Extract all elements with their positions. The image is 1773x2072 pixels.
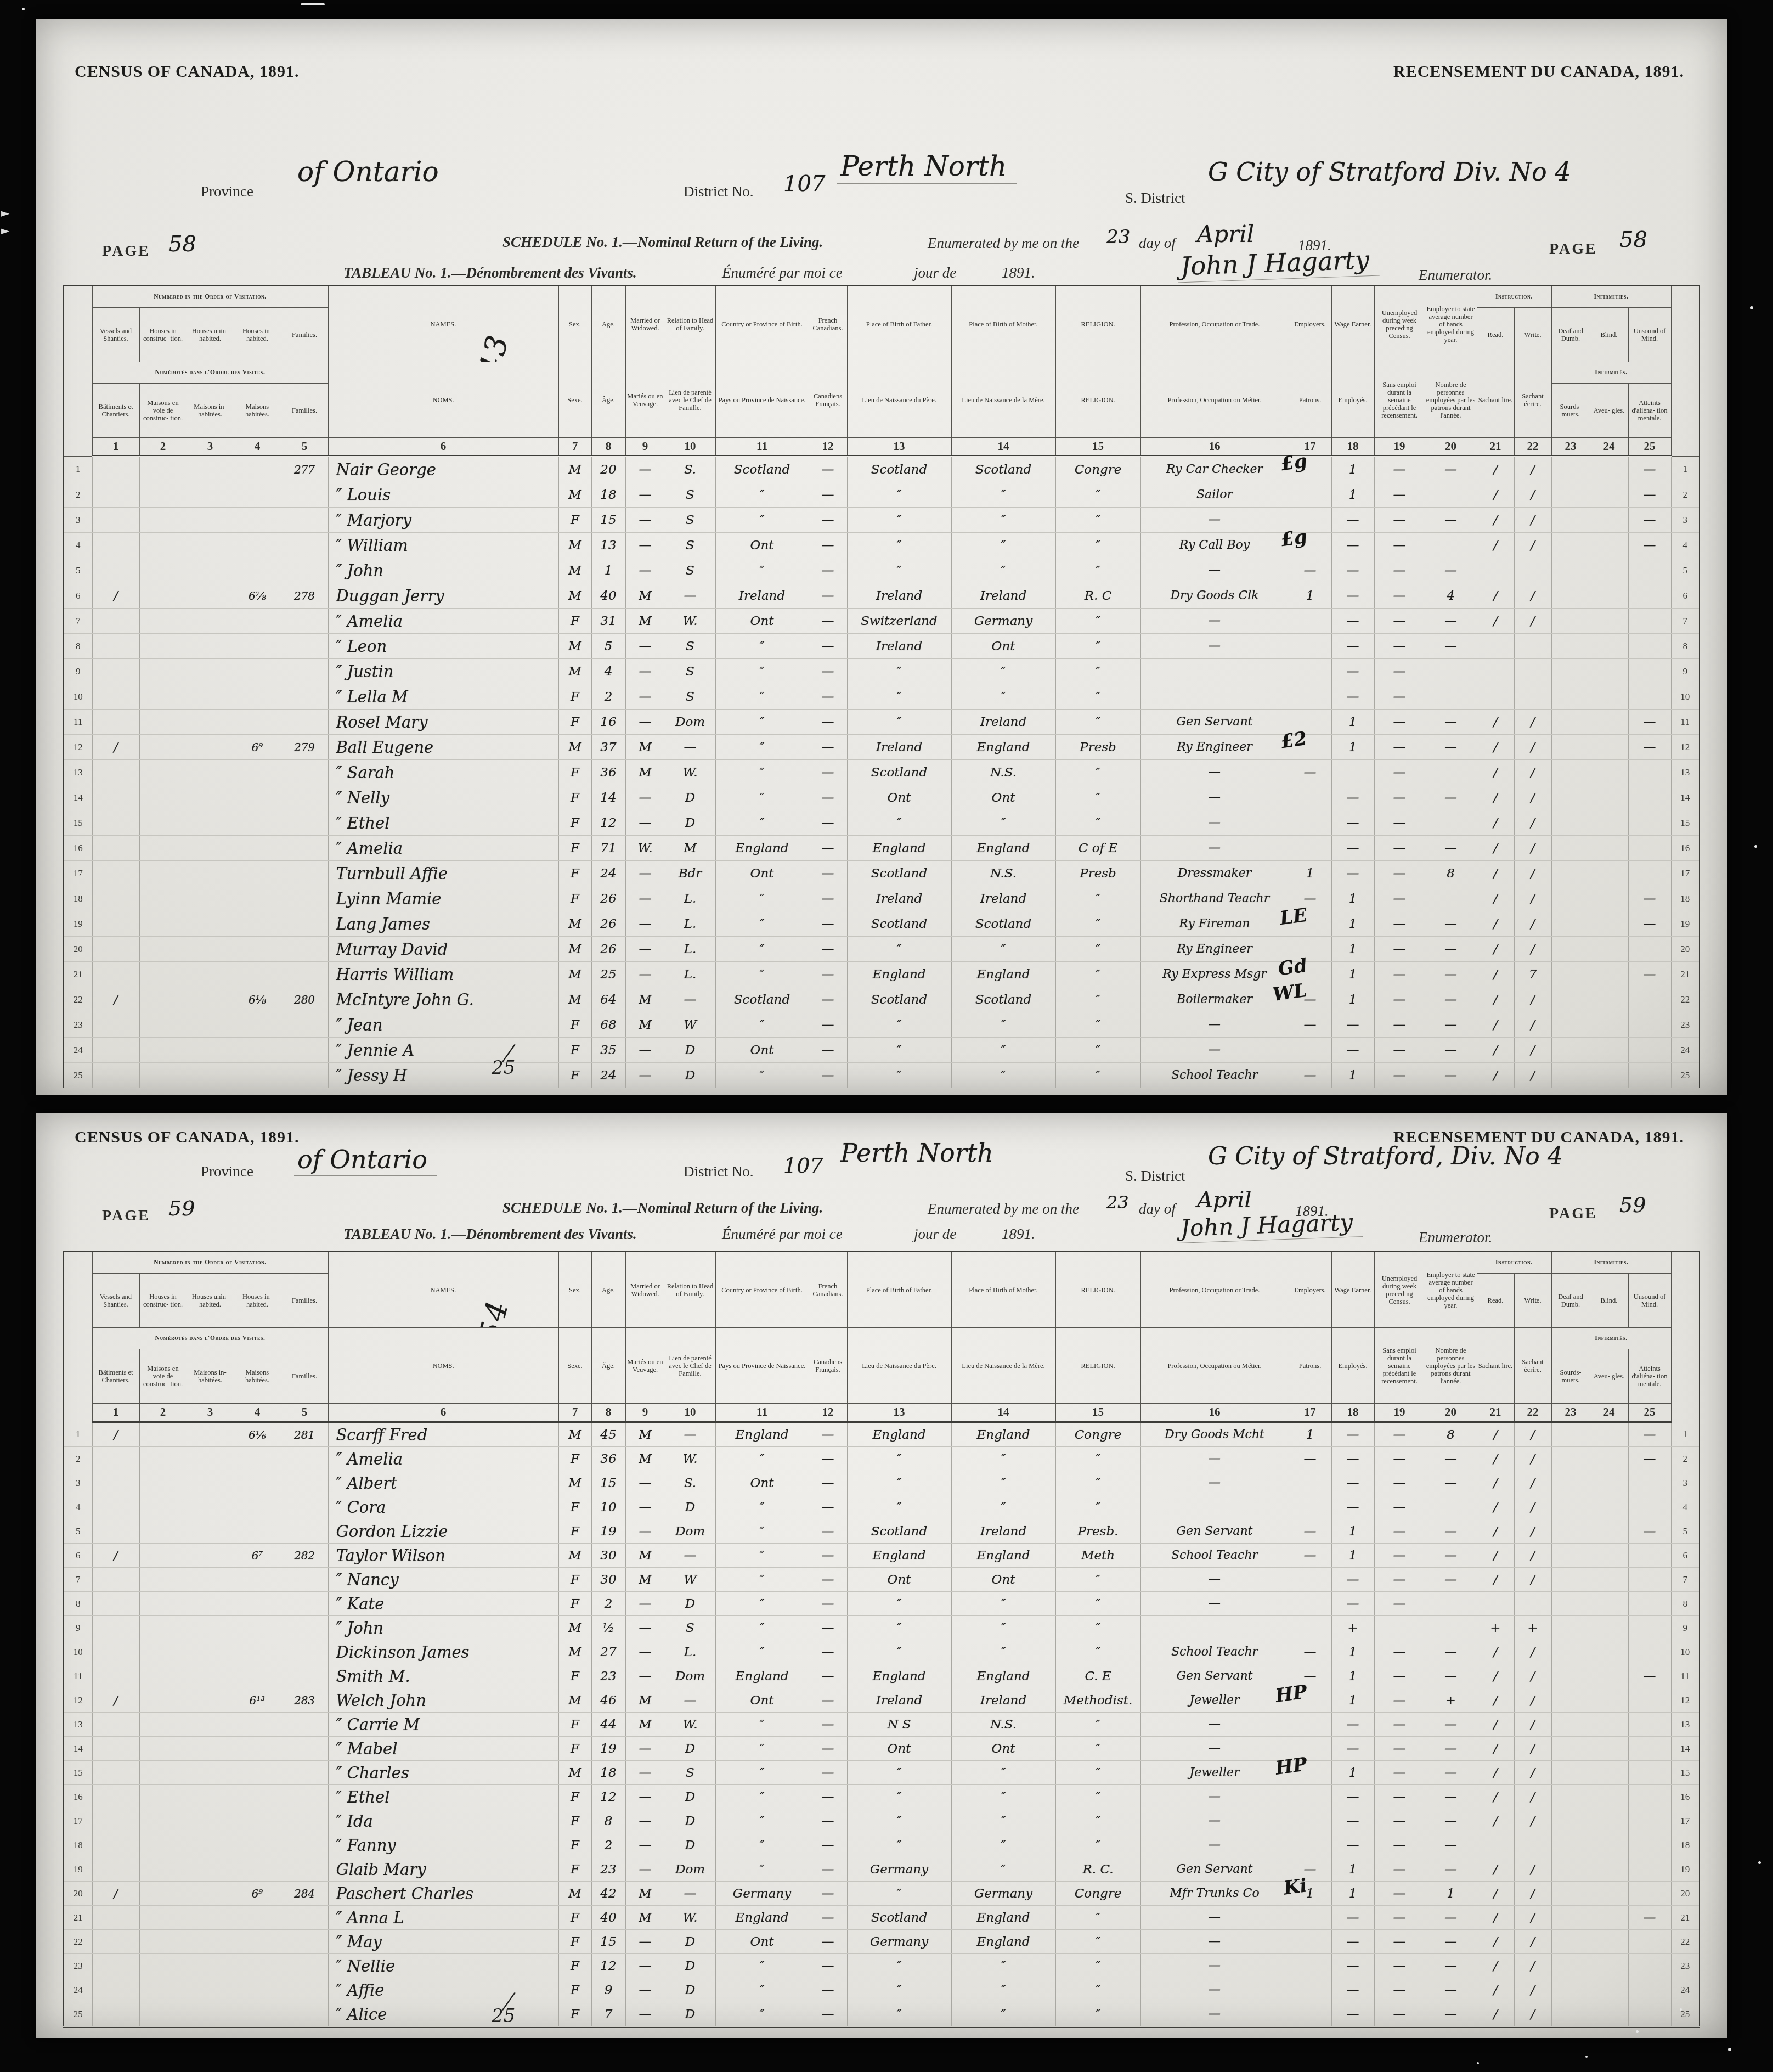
cell-unsound-mind [1628, 1978, 1671, 2002]
column-number-9: 9 [625, 438, 665, 457]
cell-french-canadian: — [809, 1568, 847, 1592]
column-6-fr: NOMS. [328, 362, 558, 438]
cell-write: / [1514, 1447, 1551, 1471]
cell-vessels [92, 710, 139, 735]
row-number: 4 [1671, 1495, 1699, 1519]
cell-french-canadian: — [809, 1640, 847, 1664]
column-names-en: NAMES.22543 [328, 286, 558, 362]
cell-country-of-birth: ″ [715, 1495, 809, 1519]
marginal-scribble: LE [1278, 904, 1308, 930]
cell-french-canadian: — [809, 1906, 847, 1930]
cell-read: / [1477, 937, 1514, 962]
cell-vessels [92, 1954, 139, 1978]
cell-mother-birthplace: ″ [951, 482, 1055, 508]
row-number: 5 [1671, 558, 1699, 583]
cell-unemployed: — [1374, 1012, 1425, 1038]
cell-blind [1590, 1012, 1628, 1038]
cell-family-number [281, 937, 328, 962]
cell-vessels [92, 1737, 139, 1761]
cell-read: / [1477, 457, 1514, 482]
cell-read: + [1477, 1616, 1514, 1640]
cell-age: 2 [591, 1592, 625, 1616]
cell-blind [1590, 1544, 1628, 1568]
cell-uninhabited [187, 735, 234, 760]
cell-family-number [281, 508, 328, 533]
cell-wage-earner: 1 [1331, 457, 1374, 482]
cell-married-widowed: — [625, 962, 665, 987]
cell-blind [1590, 634, 1628, 659]
cell-family-number [281, 1857, 328, 1882]
cell-unsound-mind: — [1628, 911, 1671, 937]
cell-married-widowed: — [625, 937, 665, 962]
column-number-12: 12 [809, 1404, 847, 1422]
row-number: 6 [64, 1544, 92, 1568]
row-number: 5 [1671, 1519, 1699, 1544]
cell-married-widowed: — [625, 1495, 665, 1519]
cell-french-canadian: — [809, 937, 847, 962]
column-8-fr: Âge. [591, 1328, 625, 1404]
cell-sex: M [558, 1761, 591, 1785]
cell-occupation: Shorthand Teachr [1140, 886, 1289, 911]
enumerator-label: Enumerator. [1419, 267, 1492, 284]
cell-relation-to-head: W. [665, 1713, 715, 1737]
cell-country-of-birth: ″ [715, 1616, 809, 1640]
cell-occupation: — [1140, 1471, 1289, 1495]
cell-married-widowed: — [625, 1930, 665, 1954]
cell-employer [1289, 1568, 1331, 1592]
cell-family-number: 277 [281, 457, 328, 482]
cell-mother-birthplace: ″ [951, 1012, 1055, 1038]
cell-unemployed: — [1374, 1785, 1425, 1809]
cell-employer [1289, 810, 1331, 836]
film-speck [22, 8, 25, 10]
cell-father-birthplace: Ont [847, 785, 951, 810]
cell-uninhabited [187, 1833, 234, 1857]
cell-name: ″ Fanny [328, 1833, 558, 1857]
cell-country-of-birth: ″ [715, 2002, 809, 2027]
cell-name: Duggan Jerry [328, 583, 558, 609]
cell-father-birthplace: ″ [847, 1954, 951, 1978]
schedule-title: SCHEDULE No. 1.—Nominal Return of the Li… [502, 234, 823, 251]
cell-religion: Congre [1055, 1882, 1140, 1906]
cell-construction [139, 1422, 187, 1447]
cell-unemployed: — [1374, 1688, 1425, 1713]
cell-write: + [1514, 1616, 1551, 1640]
cell-unemployed: — [1374, 1809, 1425, 1833]
cell-employer [1289, 836, 1331, 861]
cell-french-canadian: — [809, 1519, 847, 1544]
row-number: 10 [64, 1640, 92, 1664]
cell-french-canadian: — [809, 911, 847, 937]
cell-uninhabited [187, 1063, 234, 1089]
cell-french-canadian: — [809, 1063, 847, 1089]
cell-age: 30 [591, 1544, 625, 1568]
province-label: Province [201, 183, 253, 200]
cell-write: / [1514, 937, 1551, 962]
cell-age: 15 [591, 1930, 625, 1954]
column-20-fr: Nombre de personnes employées par les pa… [1425, 1328, 1477, 1404]
column-number-23: 23 [1551, 438, 1590, 457]
row-number: 25 [64, 2002, 92, 2027]
cell-mother-birthplace: England [951, 1544, 1055, 1568]
person-row: 6/6⁷282Taylor WilsonM30M—″—EnglandEnglan… [64, 1544, 1699, 1568]
row-number: 14 [64, 1737, 92, 1761]
cell-unemployed: — [1374, 558, 1425, 583]
cell-age: 7 [591, 2002, 625, 2027]
cell-read: / [1477, 1882, 1514, 1906]
cell-sex: F [558, 2002, 591, 2027]
cell-construction [139, 457, 187, 482]
person-row: 2″ AmeliaF36MW.″—″″″—————//—2 [64, 1447, 1699, 1471]
column-22-en: Write. [1514, 1274, 1551, 1328]
cell-mother-birthplace: Ireland [951, 583, 1055, 609]
cell-unsound-mind [1628, 1038, 1671, 1063]
person-row: 12/6¹³283Welch JohnM46M—Ont—IrelandIrela… [64, 1688, 1699, 1713]
cell-unsound-mind: — [1628, 735, 1671, 760]
cell-name: ″ Jessy H [328, 1063, 558, 1089]
row-number: 14 [64, 785, 92, 810]
cell-wage-earner: — [1331, 2002, 1374, 2027]
cell-unemployed: — [1374, 1568, 1425, 1592]
cell-family-number [281, 609, 328, 634]
cell-unemployed: — [1374, 710, 1425, 735]
cell-blind [1590, 1519, 1628, 1544]
cell-relation-to-head: S [665, 482, 715, 508]
tableau-title: TABLEAU No. 1.—Dénombrement des Vivants. [343, 1226, 637, 1243]
cell-name: ″ May [328, 1930, 558, 1954]
cell-sex: F [558, 1063, 591, 1089]
cell-unsound-mind [1628, 1954, 1671, 1978]
cell-father-birthplace: ″ [847, 1978, 951, 2002]
cell-married-widowed: — [625, 861, 665, 886]
row-number-gutter [1671, 286, 1699, 457]
cell-married-widowed: — [625, 508, 665, 533]
cell-french-canadian: — [809, 785, 847, 810]
cell-deaf-dumb [1551, 911, 1590, 937]
cell-name: Scarff Fred [328, 1422, 558, 1447]
cell-hands-employed [1425, 1592, 1477, 1616]
cell-father-birthplace: Germany [847, 1857, 951, 1882]
cell-deaf-dumb [1551, 987, 1590, 1012]
cell-write: / [1514, 1713, 1551, 1737]
column-18-fr: Employés. [1331, 362, 1374, 438]
column-1-en: Vessels and Shanties. [92, 1274, 139, 1328]
district-name: Perth North [837, 150, 1017, 184]
census-table-mount-58: Numbered in the Order of Visitation.NAME… [63, 285, 1700, 1089]
cell-family-number [281, 1012, 328, 1038]
cell-relation-to-head: — [665, 1882, 715, 1906]
cell-sex: F [558, 1954, 591, 1978]
column-11-en: Country or Province of Birth. [715, 1252, 809, 1328]
cell-family-number [281, 1737, 328, 1761]
cell-uninhabited [187, 1978, 234, 2002]
row-number: 25 [1671, 2002, 1699, 2027]
cell-hands-employed: 8 [1425, 861, 1477, 886]
cell-married-widowed: — [625, 886, 665, 911]
cell-occupation: — [1140, 1038, 1289, 1063]
cell-wage-earner: — [1331, 1978, 1374, 2002]
cell-unemployed: — [1374, 1954, 1425, 1978]
row-number: 10 [1671, 684, 1699, 710]
cell-age: 23 [591, 1857, 625, 1882]
cell-occupation: Gen Servant [1140, 1519, 1289, 1544]
page-number-left: 59 [165, 1196, 205, 1221]
visitation-group-fr: Numérotés dans l'Ordre des Visites. [92, 1328, 328, 1349]
cell-unemployed: — [1374, 1737, 1425, 1761]
row-number: 15 [64, 810, 92, 836]
row-number: 8 [1671, 1592, 1699, 1616]
cell-construction [139, 810, 187, 836]
cell-religion: ″ [1055, 1833, 1140, 1857]
column-4-fr: Maisons habitées. [234, 1349, 281, 1404]
column-9-fr: Mariés ou en Veuvage. [625, 1328, 665, 1404]
cell-occupation: — [1140, 1833, 1289, 1857]
cell-name: Lang James [328, 911, 558, 937]
cell-employer [1289, 659, 1331, 684]
cell-construction [139, 1978, 187, 2002]
cell-sex: F [558, 1519, 591, 1544]
cell-deaf-dumb [1551, 558, 1590, 583]
cell-vessels [92, 1978, 139, 2002]
cell-unsound-mind [1628, 1857, 1671, 1882]
cell-blind [1590, 987, 1628, 1012]
cell-married-widowed: M [625, 1568, 665, 1592]
cell-age: 2 [591, 1833, 625, 1857]
column-number-23: 23 [1551, 1404, 1590, 1422]
cell-relation-to-head: W. [665, 1447, 715, 1471]
visitation-group-fr: Numérotés dans l'Ordre des Visites. [92, 362, 328, 384]
cell-unsound-mind [1628, 861, 1671, 886]
column-number-21: 21 [1477, 1404, 1514, 1422]
column-number-7: 7 [558, 438, 591, 457]
cell-wage-earner: — [1331, 1592, 1374, 1616]
cell-deaf-dumb [1551, 937, 1590, 962]
cell-father-birthplace: Ireland [847, 735, 951, 760]
column-17-en: Employers. [1289, 1252, 1331, 1328]
cell-occupation: School Teachr [1140, 1544, 1289, 1568]
enumerator-label: Enumerator. [1419, 1229, 1492, 1246]
cell-occupation: School Teachr [1140, 1640, 1289, 1664]
cell-family-number [281, 1978, 328, 2002]
cell-family-number [281, 1664, 328, 1688]
cell-married-widowed: — [625, 1978, 665, 2002]
row-number: 13 [64, 760, 92, 785]
cell-family-number [281, 482, 328, 508]
cell-religion: ″ [1055, 1012, 1140, 1038]
cell-religion: ″ [1055, 1038, 1140, 1063]
cell-country-of-birth: ″ [715, 1063, 809, 1089]
cell-relation-to-head: D [665, 1063, 715, 1089]
person-row: 17″ IdaF8—D″—″″″————//17 [64, 1809, 1699, 1833]
cell-french-canadian: — [809, 1038, 847, 1063]
cell-religion: ″ [1055, 1713, 1140, 1737]
district-number: 107 [780, 1153, 833, 1179]
subdistrict-label: S. District [1125, 1168, 1185, 1185]
person-row: 3″ MarjoryF15—S″—″″″————//—3 [64, 508, 1699, 533]
cell-inhabited [234, 634, 281, 659]
cell-unsound-mind [1628, 760, 1671, 785]
column-number-1: 1 [92, 438, 139, 457]
cell-inhabited [234, 1664, 281, 1688]
cell-hands-employed: — [1425, 634, 1477, 659]
cell-hands-employed [1425, 533, 1477, 558]
cell-father-birthplace: Ont [847, 1568, 951, 1592]
cell-vessels [92, 1592, 139, 1616]
cell-family-number [281, 1495, 328, 1519]
person-row: 16″ AmeliaF71W.MEngland—EnglandEnglandC … [64, 836, 1699, 861]
cell-country-of-birth: ″ [715, 1761, 809, 1785]
film-edge-arrow: ► [1, 206, 9, 219]
cell-read: / [1477, 1063, 1514, 1089]
row-number: 15 [64, 1761, 92, 1785]
column-number-1: 1 [92, 1404, 139, 1422]
cell-occupation: — [1140, 1012, 1289, 1038]
cell-father-birthplace: ″ [847, 1012, 951, 1038]
cell-age: 25 [591, 962, 625, 987]
cell-wage-earner [1331, 760, 1374, 785]
cell-construction [139, 533, 187, 558]
enumerated-label: Enumerated by me on the [928, 1201, 1079, 1218]
cell-hands-employed [1425, 684, 1477, 710]
cell-blind [1590, 533, 1628, 558]
row-number: 6 [1671, 583, 1699, 609]
column-number-8: 8 [591, 438, 625, 457]
person-row: 10″ Lella MF2—S″—″″″——10 [64, 684, 1699, 710]
row-number: 14 [1671, 1737, 1699, 1761]
cell-hands-employed [1425, 886, 1477, 911]
column-6-fr: NOMS. [328, 1328, 558, 1404]
cell-employer [1289, 1954, 1331, 1978]
cell-wage-earner: 1 [1331, 482, 1374, 508]
cell-name: ″ Nancy [328, 1568, 558, 1592]
row-number: 13 [64, 1713, 92, 1737]
cell-inhabited [234, 1063, 281, 1089]
person-row: 19Lang JamesM26—L.″—ScotlandScotland″Ry … [64, 911, 1699, 937]
cell-blind [1590, 937, 1628, 962]
cell-deaf-dumb [1551, 710, 1590, 735]
cell-married-widowed: — [625, 482, 665, 508]
enumerator-signature: John J Hagarty [1177, 245, 1380, 283]
cell-construction [139, 1544, 187, 1568]
cell-deaf-dumb [1551, 1592, 1590, 1616]
cell-deaf-dumb [1551, 1495, 1590, 1519]
cell-employer: — [1289, 558, 1331, 583]
person-row: 12/6⁹279Ball EugeneM37M—″—IrelandEngland… [64, 735, 1699, 760]
cell-deaf-dumb [1551, 1664, 1590, 1688]
cell-married-widowed: — [625, 1761, 665, 1785]
cell-father-birthplace: ″ [847, 1592, 951, 1616]
cell-employer [1289, 1906, 1331, 1930]
cell-french-canadian: — [809, 1857, 847, 1882]
column-14-en: Place of Birth of Mother. [951, 1252, 1055, 1328]
cell-deaf-dumb [1551, 1954, 1590, 1978]
cell-read: / [1477, 1471, 1514, 1495]
cell-construction [139, 1809, 187, 1833]
cell-country-of-birth: Scotland [715, 987, 809, 1012]
column-1-fr: Bâtiments et Chantiers. [92, 1349, 139, 1404]
cell-read: / [1477, 1761, 1514, 1785]
cell-sex: F [558, 760, 591, 785]
person-row: 9″ JohnM½—S″—″″″+++9 [64, 1616, 1699, 1640]
cell-country-of-birth: ″ [715, 1954, 809, 1978]
cell-mother-birthplace: England [951, 735, 1055, 760]
row-number: 5 [64, 1519, 92, 1544]
cell-religion: C of E [1055, 836, 1140, 861]
infirmities-group-en: Infirmities. [1551, 286, 1671, 308]
column-number-6: 6 [328, 438, 558, 457]
cell-sex: F [558, 1930, 591, 1954]
cell-write: / [1514, 735, 1551, 760]
cell-construction [139, 1857, 187, 1882]
table-body: 1/6⅙281Scarff FredM45M—England—EnglandEn… [64, 1422, 1699, 2027]
column-names-en: NAMES.22554 [328, 1252, 558, 1328]
row-number: 23 [1671, 1012, 1699, 1038]
cell-sex: M [558, 1616, 591, 1640]
cell-occupation: Ry FiremanLE [1140, 911, 1289, 937]
column-20-fr: Nombre de personnes employées par les pa… [1425, 362, 1477, 438]
cell-hands-employed: 4 [1425, 583, 1477, 609]
cell-father-birthplace: ″ [847, 1833, 951, 1857]
cell-inhabited [234, 937, 281, 962]
cell-uninhabited [187, 1761, 234, 1785]
cell-construction [139, 1616, 187, 1640]
cell-deaf-dumb [1551, 634, 1590, 659]
cell-father-birthplace: Scotland [847, 760, 951, 785]
page-number-right: 58 [1616, 227, 1657, 254]
marginal-scribble: £g [1280, 526, 1309, 551]
cell-deaf-dumb [1551, 1012, 1590, 1038]
column-9-en: Married or Widowed. [625, 286, 665, 362]
cell-religion: Congre [1055, 457, 1140, 482]
cell-french-canadian: — [809, 684, 847, 710]
cell-uninhabited [187, 1664, 234, 1688]
row-number: 9 [1671, 1616, 1699, 1640]
column-24-fr: Aveu- gles. [1590, 1349, 1628, 1404]
column-number-4: 4 [234, 438, 281, 457]
cell-age: 12 [591, 1785, 625, 1809]
cell-deaf-dumb [1551, 1063, 1590, 1089]
cell-age: 12 [591, 810, 625, 836]
cell-married-widowed: — [625, 710, 665, 735]
cell-unsound-mind [1628, 1012, 1671, 1038]
cell-employer: 1 [1289, 583, 1331, 609]
column-10-fr: Lien de parenté avec le Chef de Famille. [665, 1328, 715, 1404]
cell-construction [139, 937, 187, 962]
cell-construction [139, 1447, 187, 1471]
cell-name: ″ Ethel [328, 810, 558, 836]
cell-occupation: Dry Goods Mcht [1140, 1422, 1289, 1447]
cell-inhabited [234, 1978, 281, 2002]
cell-blind [1590, 1038, 1628, 1063]
column-15-fr: RELIGION. [1055, 362, 1140, 438]
cell-blind [1590, 1809, 1628, 1833]
tally-check: ╱ [503, 1051, 515, 1058]
column-17-fr: Patrons. [1289, 1328, 1331, 1404]
cell-hands-employed: — [1425, 1519, 1477, 1544]
cell-religion: ″ [1055, 1495, 1140, 1519]
enumerator-signature: John J Hagarty [1177, 1208, 1363, 1243]
subdistrict-value: G City of Stratford, Div. No 4 [1205, 1142, 1573, 1172]
cell-wage-earner: — [1331, 1833, 1374, 1857]
column-number-24: 24 [1590, 438, 1628, 457]
cell-hands-employed: — [1425, 911, 1477, 937]
cell-vessels [92, 760, 139, 785]
cell-unemployed: — [1374, 987, 1425, 1012]
cell-wage-earner: — [1331, 1568, 1374, 1592]
row-number: 17 [1671, 861, 1699, 886]
cell-unemployed: — [1374, 1713, 1425, 1737]
cell-mother-birthplace: ″ [951, 1857, 1055, 1882]
